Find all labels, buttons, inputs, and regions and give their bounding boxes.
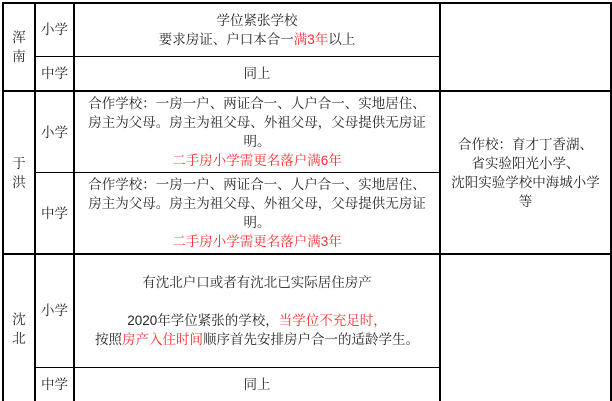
text-segment: 合作学校：一房一户、两证合一、人户合一、实地居住、 [88, 177, 426, 192]
admission-policy-table: 浑南 小学 学位紧张学校要求房证、户口本合一满3年以上 中学 同上 于洪 小学 … [2, 2, 612, 401]
text-segment: 学位紧张学校 [217, 13, 298, 28]
policy-cell-hunnan-middle: 同上 [74, 56, 440, 91]
text-segment: 沈阳实验学校中海城小学等 [451, 175, 600, 209]
policy-cell-yuhong-primary: 合作学校：一房一户、两证合一、人户合一、实地居住、房主为父母。房主为祖父母、外祖… [74, 91, 440, 173]
level-cell-hunnan-middle: 中学 [35, 56, 74, 91]
policy-cell-yuhong-middle: 合作学校：一房一户、两证合一、人户合一、实地居住、房主为父母。房主为祖父母、外祖… [74, 173, 440, 255]
highlighted-text: 满3年 [294, 32, 329, 47]
text-segment: 有沈北户口或者有沈北已实际居住房产 [142, 275, 372, 290]
district-cell-yuhong: 于洪 [3, 91, 35, 254]
note-cell-shenbei [440, 254, 611, 401]
level-cell-yuhong-middle: 中学 [35, 173, 74, 255]
table-row: 沈北 小学 有沈北户口或者有沈北已实际居住房产2020年学位紧张的学校，当学位不… [3, 254, 611, 367]
highlighted-text: 房产入住时间 [122, 332, 203, 347]
policy-cell-shenbei-middle: 同上 [74, 367, 440, 401]
text-segment: 顺序首先安排房户合一的适龄学生。 [203, 332, 419, 347]
district-cell-hunnan: 浑南 [3, 3, 35, 91]
level-cell-yuhong-primary: 小学 [35, 91, 74, 173]
table-row: 于洪 小学 合作学校：一房一户、两证合一、人户合一、实地居住、房主为父母。房主为… [3, 91, 611, 173]
level-cell-shenbei-primary: 小学 [35, 254, 74, 367]
text-segment: 同上 [244, 66, 271, 81]
highlighted-text: 二手房小学需更名落户满3年 [172, 234, 342, 249]
district-cell-shenbei: 沈北 [3, 254, 35, 401]
highlighted-text: 二手房小学需更名落户满6年 [172, 153, 342, 168]
text-segment: 按照 [95, 332, 122, 347]
text-segment: 2020年学位紧张的学校， [127, 313, 279, 328]
table-row: 浑南 小学 学位紧张学校要求房证、户口本合一满3年以上 [3, 3, 611, 56]
note-cell-yuhong: 合作校：育才丁香湖、省实验阳光小学、沈阳实验学校中海城小学等 [440, 91, 611, 254]
text-segment: 合作学校：一房一户、两证合一、人户合一、实地居住、 [88, 96, 426, 111]
note-cell-hunnan [440, 3, 611, 91]
text-segment: 同上 [244, 377, 271, 392]
policy-cell-shenbei-primary: 有沈北户口或者有沈北已实际居住房产2020年学位紧张的学校，当学位不充足时，按照… [74, 254, 440, 367]
level-cell-hunnan-primary: 小学 [35, 3, 74, 56]
text-segment: 房主为父母。房主为祖父母、外祖父母，父母提供无房证明。 [88, 115, 426, 149]
level-cell-shenbei-middle: 中学 [35, 367, 74, 401]
text-segment: 合作校：育才丁香湖、 [458, 137, 593, 152]
text-segment: 以上 [328, 32, 355, 47]
text-segment: 房主为父母。房主为祖父母、外祖父母，父母提供无房证明。 [88, 196, 426, 230]
policy-cell-hunnan-primary: 学位紧张学校要求房证、户口本合一满3年以上 [74, 3, 440, 56]
text-segment: 省实验阳光小学、 [472, 156, 580, 171]
text-segment: 要求房证、户口本合一 [159, 32, 294, 47]
highlighted-text: 当学位不充足时， [279, 313, 387, 328]
